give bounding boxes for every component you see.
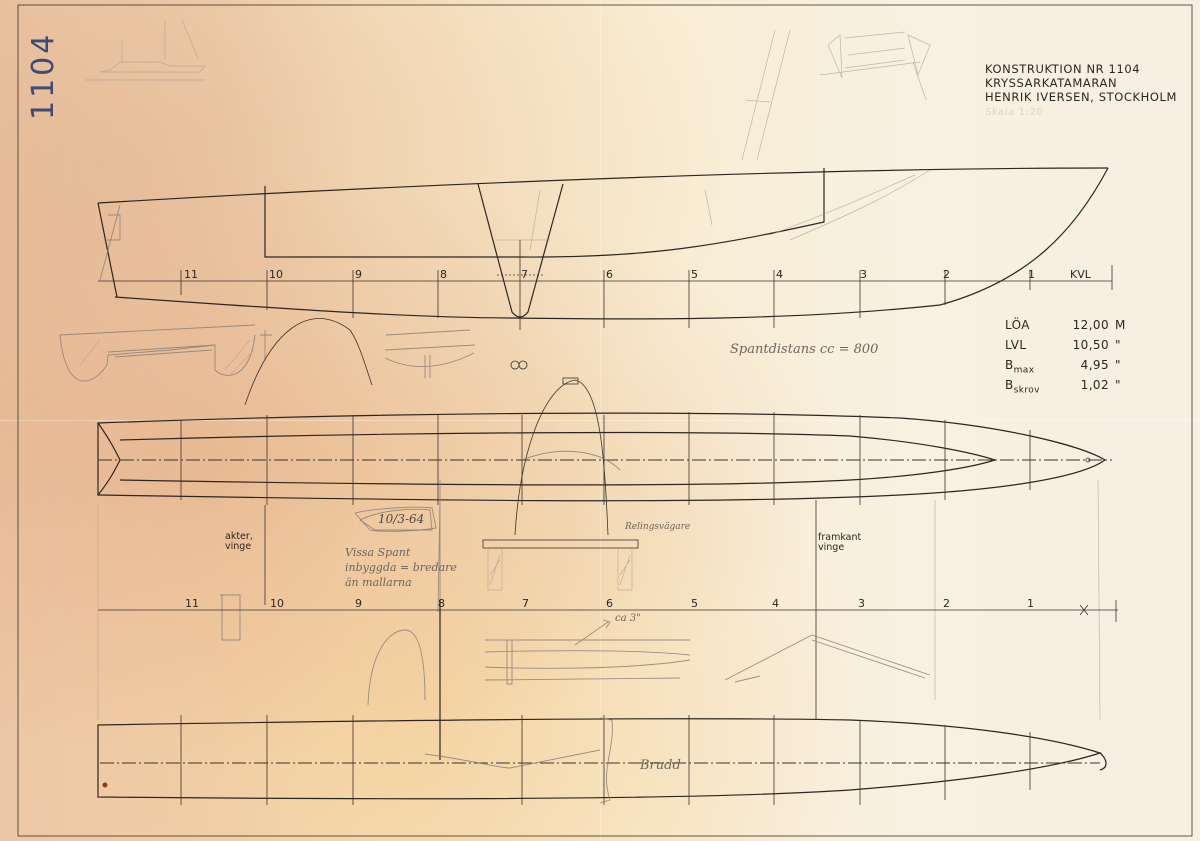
note-frame-spacing: Spantdistans cc = 800 — [730, 342, 878, 357]
sheet-border — [18, 5, 1192, 836]
spec-key: LÖA — [1005, 318, 1030, 332]
profile-view — [98, 168, 1112, 330]
note-date: 10/3-64 — [378, 512, 424, 526]
note-line-2: inbyggda = bredare — [345, 561, 457, 574]
spec-value: 10,50 — [1063, 338, 1109, 358]
svg-text:7: 7 — [521, 268, 528, 281]
spec-value: 1,02 — [1063, 378, 1109, 398]
svg-text:4: 4 — [776, 268, 783, 281]
svg-text:10: 10 — [270, 597, 284, 610]
svg-text:9: 9 — [355, 268, 362, 281]
svg-text:3: 3 — [858, 597, 865, 610]
spec-unit: " — [1109, 358, 1121, 378]
technical-drawing: 11 10 9 8 7 6 5 4 3 2 1 KVL 11 10 9 8 7 … — [0, 0, 1200, 841]
svg-text:2: 2 — [943, 597, 950, 610]
specifications-table: LÖA 12,00 M LVL 10,50 " Bmax 4,95 " Bskr… — [1005, 318, 1126, 398]
svg-text:4: 4 — [772, 597, 779, 610]
yacht-sketch — [85, 20, 205, 80]
title-block: KONSTRUKTION NR 1104 KRYSSARKATAMARAN HE… — [985, 62, 1177, 120]
svg-text:5: 5 — [691, 597, 698, 610]
plan-station-labels: 11 10 9 8 7 6 5 4 3 2 1 — [185, 597, 1034, 610]
svg-text:6: 6 — [606, 597, 613, 610]
chain-symbol — [511, 361, 527, 369]
spec-sub: max — [1014, 365, 1035, 375]
station-label-11: 11 — [184, 268, 198, 281]
aft-wing-label: akter, vinge — [225, 532, 253, 552]
note-line-1: Vissa Spant — [345, 546, 410, 559]
spec-key: B — [1005, 358, 1014, 372]
note-angle: ca 3" — [615, 613, 641, 624]
profile-station-labels: 11 10 9 8 7 6 5 4 3 2 1 KVL — [184, 268, 1092, 281]
svg-text:8: 8 — [438, 597, 445, 610]
svg-text:3: 3 — [860, 268, 867, 281]
svg-text:6: 6 — [606, 268, 613, 281]
spec-row-bskrov: Bskrov 1,02 " — [1005, 378, 1126, 398]
lower-sketches — [368, 620, 930, 705]
title-line-2: KRYSSARKATAMARAN — [985, 76, 1177, 90]
spec-row-loa: LÖA 12,00 M — [1005, 318, 1126, 338]
note-line-3: än mallarna — [345, 576, 412, 589]
note-railing: Relingsvägare — [625, 522, 690, 532]
fore-wing-label-line2: vinge — [818, 543, 861, 553]
svg-text:1: 1 — [1028, 268, 1035, 281]
spec-value: 4,95 — [1063, 358, 1109, 378]
svg-text:7: 7 — [522, 597, 529, 610]
spec-unit: M — [1109, 318, 1126, 338]
hull-section-sketch — [60, 325, 272, 381]
title-line-1: KONSTRUKTION NR 1104 — [985, 62, 1177, 76]
spec-sub: skrov — [1014, 385, 1040, 395]
spec-unit: " — [1109, 378, 1121, 398]
svg-text:2: 2 — [943, 268, 950, 281]
deck-plan-hull-upper — [98, 412, 1112, 505]
spec-key: B — [1005, 378, 1014, 392]
svg-text:KVL: KVL — [1070, 268, 1092, 281]
spec-key: LVL — [1005, 338, 1026, 352]
svg-text:10: 10 — [269, 268, 283, 281]
spec-row-lvl: LVL 10,50 " — [1005, 338, 1126, 358]
deck-plan-hull-lower — [98, 715, 1106, 805]
note-bridge: Brudd — [640, 758, 681, 773]
svg-text:9: 9 — [355, 597, 362, 610]
faded-stamp: Skala 1:20 — [985, 106, 1177, 120]
svg-text:5: 5 — [691, 268, 698, 281]
aft-wing-label-line2: vinge — [225, 542, 253, 552]
spec-unit: " — [1109, 338, 1121, 358]
svg-text:8: 8 — [440, 268, 447, 281]
title-line-3: HENRIK IVERSEN, STOCKHOLM — [985, 90, 1177, 104]
fore-wing-label: framkant vinge — [818, 533, 861, 553]
crossbeam-detail-sketch — [385, 330, 475, 378]
svg-text:1: 1 — [1027, 597, 1034, 610]
spec-value: 12,00 — [1063, 318, 1109, 338]
mast-sketch — [742, 30, 790, 160]
crossbeam-sketch — [820, 32, 930, 100]
svg-text:11: 11 — [185, 597, 199, 610]
bow-curve-sketch — [245, 319, 372, 405]
deck-plan-station-line — [98, 600, 1118, 760]
drawing-sheet: 1104 — [0, 0, 1200, 841]
spec-row-bmax: Bmax 4,95 " — [1005, 358, 1126, 378]
